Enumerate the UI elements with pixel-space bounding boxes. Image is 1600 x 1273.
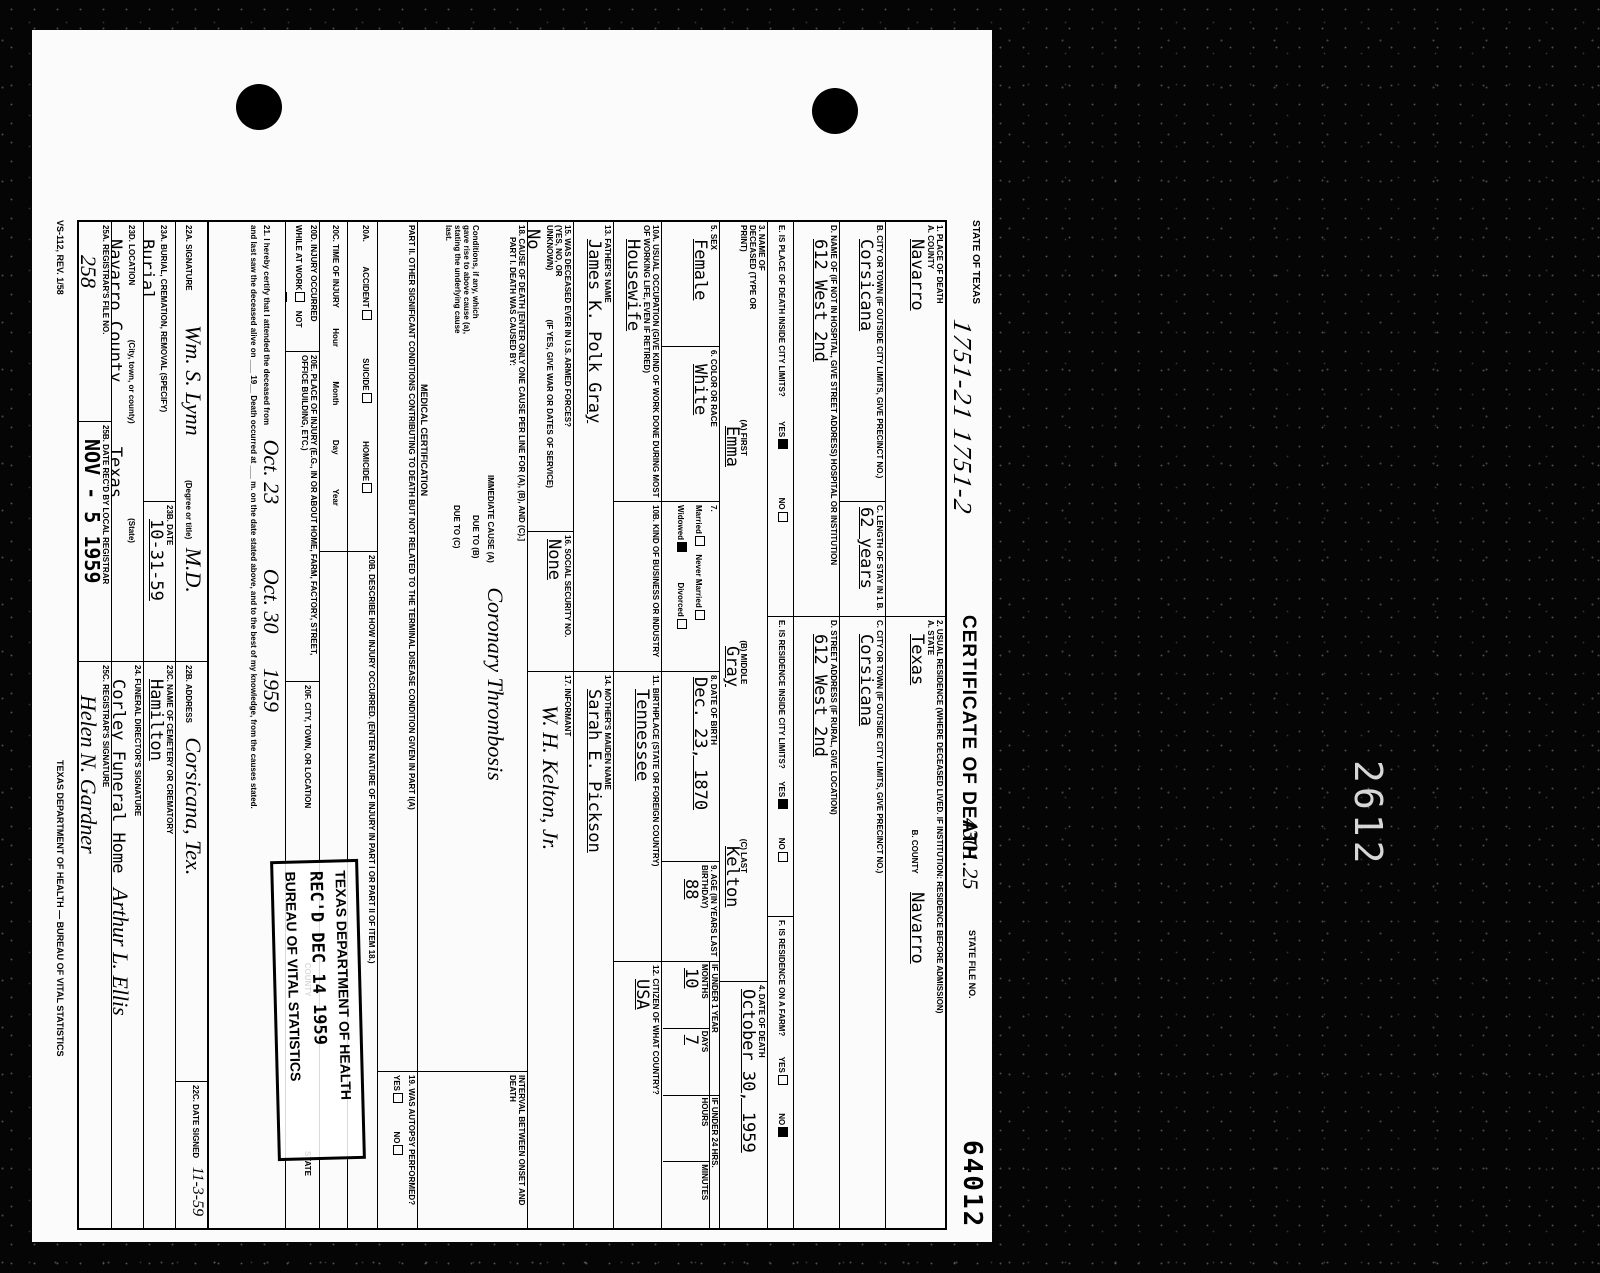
days-value: 7 [682,1035,700,1093]
burial-value: Burial [144,239,156,498]
sex-cell: 5. SEX Female [662,222,719,347]
row-part2: PART II. OTHER SIGNIFICANT CONDITIONS CO… [377,222,417,1228]
date-signed-cell: 22c. DATE SIGNED 11-3-59 [176,1082,207,1228]
street-value: 612 West 2nd [811,634,829,1225]
row-physician-signature: 22a. SIGNATURE Wm. S. Lynn (Degree or ti… [175,222,207,1228]
citizen-cell: 12. CITIZEN OF WHAT COUNTRY? USA [614,962,661,1228]
residence-state-county: 2. USUAL RESIDENCE (Where deceased lived… [886,617,945,1228]
mother-cell: 14. MOTHER'S MAIDEN NAME Sarah E. Pickso… [574,672,613,1228]
row-armed-forces: 15. WAS DECEASED EVER IN U.S. ARMED FORC… [527,222,573,1228]
row-parents: 13. FATHER'S NAME James K. Polk Gray 14.… [573,222,613,1228]
residence-city-value: Corsicana [857,634,875,1225]
business-cell: 10b. KIND OF BUSINESS OR INDUSTRY [614,502,661,672]
father-value: James K. Polk Gray [585,239,603,668]
not-at-work-checkbox[interactable] [286,292,287,302]
age-value: 88 [682,879,700,958]
accident-checkbox[interactable] [362,310,372,320]
registrar-file-cell: 25a. REGISTRAR'S FILE NO. 258 [79,222,111,422]
injury-type-cell: 20a. ACCIDENT SUICIDE HOMICIDE [348,222,377,552]
row-location: 23d. LOCATION (City, town, or county) (S… [111,222,143,1228]
department-line: TEXAS DEPARTMENT OF HEALTH — BUREAU OF V… [55,760,65,1057]
handwritten-code: 4301.25 [957,818,983,890]
date-received-cell: 25b. DATE REC'D BY LOCAL REGISTRAR NOV -… [79,422,111,662]
degree-value: M.D. [181,548,206,593]
autopsy-yes-checkbox[interactable] [393,1093,403,1103]
race-cell: 6. COLOR OR RACE White [662,347,719,502]
injury-time-cell: 20c. TIME OF INJURY Hour Month Day Year [320,222,347,552]
injury-occurred-cell: 20d. INJURY OCCURRED WHILE AT WORK NOT W… [286,222,319,352]
autopsy-no-checkbox[interactable] [393,1145,403,1155]
first-name-value: Emma [723,426,741,467]
date-received-value: NOV - 5 1959 [83,439,101,658]
part2-cell: PART II. OTHER SIGNIFICANT CONDITIONS CO… [378,222,417,1072]
interval-cell: INTERVAL BETWEEN ONSET AND DEATH [418,1072,527,1228]
institution-cell: d. NAME OF (If not in hospital, give str… [794,222,839,617]
immediate-cause-value: Coronary Thrombosis [482,587,508,780]
attended-from-value: Oct. 23 [259,440,284,505]
location-value: Navarro County [112,239,125,382]
row-registrar: 25a. REGISTRAR'S FILE NO. 258 25b. DATE … [79,222,111,1228]
physician-address: Corsicana, Tex. [181,737,206,875]
suicide-checkbox[interactable] [362,393,372,403]
months-value: 10 [682,968,700,1026]
funeral-director-cell: 24. FUNERAL DIRECTOR'S SIGNATURE Corley … [112,662,143,1228]
homicide-checkbox[interactable] [362,483,372,493]
father-cell: 13. FATHER'S NAME James K. Polk Gray [574,222,613,672]
middle-name-value: Gray [723,646,741,687]
residence-county-value: Navarro [908,892,926,964]
burial-cell: 23a. BURIAL, CREMATION, REMOVAL (Specify… [144,222,175,502]
occupation-value: Housewife [624,239,642,498]
length-of-stay-cell: c. LENGTH OF STAY in 1 b. 62 years [840,502,885,617]
while-at-work-checkbox[interactable] [295,292,305,302]
attended-to-value: Oct. 30 [259,569,284,634]
medical-certification-heading: MEDICAL CERTIFICATION [419,380,429,500]
death-city-value: Corsicana [857,239,875,498]
attended-year-value: 1959 [259,668,284,712]
row-name: 3. NAME OF DECEASED (Type or print) (a) … [719,222,767,1228]
punch-hole-right [812,88,858,134]
informant-cell: 17. INFORMANT W. H. Kelton, Jr. [528,672,573,1228]
death-inside-no-checkbox[interactable] [778,512,788,522]
residence-state-value: Texas [908,634,926,685]
last-name-value: Kelton [723,846,741,907]
state-file-no-label: STATE FILE NO. [967,930,977,999]
death-date-cell: 4. DATE OF DEATH October 30, 1959 [720,982,767,1228]
state-label: STATE OF TEXAS [970,220,981,304]
sex-value: Female [691,239,709,343]
cemetery-cell: 23c. NAME OF CEMETERY OR CREMATORY Hamil… [144,662,175,1228]
place-of-death-county: 1. PLACE OF DEATH a. COUNTY Navarro [886,222,945,617]
age-cell: 9. AGE (In years last birthday) 88 [662,862,719,962]
registrar-signature-cell: 25c. REGISTRAR'S SIGNATURE Helen N. Gard… [79,662,111,1228]
certificate-page: STATE OF TEXAS 1751-21 1751-2 CERTIFICAT… [32,30,992,1242]
autopsy-cell: 19. WAS AUTOPSY PERFORMED? YES NO [378,1072,417,1228]
funeral-director-signature: Arthur L. Ellis [112,888,133,1016]
certification-cell: 21. I hereby certify that I attended the… [205,222,285,1228]
race-value: White [691,364,709,498]
length-of-stay-value: 62 years [857,507,875,613]
punch-hole-left [236,84,282,130]
marital-cell: 7. Married Never Married Widowed Divorce… [662,502,719,672]
death-inside-limits-cell: e. IS PLACE OF DEATH INSIDE CITY LIMITS?… [768,222,793,617]
rotated-form-container: STATE OF TEXAS 1751-21 1751-2 CERTIFICAT… [77,220,977,1230]
institution-value: 612 West 2nd [811,239,829,613]
address-cell: 22b. ADDRESS Corsicana, Tex. [176,662,207,1082]
armed-forces-value: No [528,229,542,528]
birthplace-cell: 11. BIRTHPLACE (State or foreign country… [614,672,661,962]
row-occupation: 10a. USUAL OCCUPATION (Give kind of work… [613,222,661,1228]
cause-of-death-cell: 18. CAUSE OF DEATH [Enter only one cause… [418,222,527,1072]
deceased-name-cell: 3. NAME OF DECEASED (Type or print) (a) … [720,222,767,982]
birth-date-value: Dec. 23, 1870 [691,677,709,858]
birthplace-value: Tennessee [633,689,651,958]
injury-place-cell: 20e. PLACE OF INJURY (e.g., in or about … [286,352,319,682]
certificate-header: STATE OF TEXAS 1751-21 1751-2 CERTIFICAT… [951,220,981,1230]
birth-date-cell: 8. DATE OF BIRTH Dec. 23, 1870 [662,672,719,862]
armed-forces-cell: 15. WAS DECEASED EVER IN U.S. ARMED FORC… [528,222,573,532]
row-burial: 23a. BURIAL, CREMATION, REMOVAL (Specify… [143,222,175,1228]
location-state-value: Texas [112,447,125,498]
informant-signature: W. H. Kelton, Jr. [537,705,563,1225]
death-inside-yes-checkbox[interactable] [778,439,788,449]
burial-date-value: 10-31-59 [147,519,165,658]
row-place-residence-1: 1. PLACE OF DEATH a. COUNTY Navarro 2. U… [885,222,945,1228]
death-city-cell: b. CITY OR TOWN (If outside city limits,… [840,222,885,502]
residence-inside-yes-checkbox[interactable] [778,799,788,809]
row-vitals: 5. SEX Female 6. COLOR OR RACE White 7. … [661,222,719,1228]
state-file-no: 64012 [957,1140,987,1228]
signature-disposition-block: 22a. SIGNATURE Wm. S. Lynn (Degree or ti… [77,220,207,1230]
row-cause-of-death: 18. CAUSE OF DEATH [Enter only one cause… [417,222,527,1228]
farm-yes-checkbox[interactable] [778,1075,788,1085]
physician-signature: Wm. S. Lynn [181,325,206,436]
widowed-checkbox[interactable] [677,542,687,552]
residence-inside-no-checkbox[interactable] [778,852,788,862]
funeral-home-value: Corley Funeral Home [112,679,128,873]
occupation-cell: 10a. USUAL OCCUPATION (Give kind of work… [614,222,661,502]
under-year-cell: IF UNDER 1 YEAR IF UNDER 24 HRS. Months1… [662,962,719,1228]
death-county-value: Navarro [908,239,926,613]
received-stamp: TEXAS DEPARTMENT OF HEALTH REC'D DEC 14 … [270,859,366,1161]
bleed-through-number: 2612 [1330,760,1390,920]
signature-cell: 22a. SIGNATURE Wm. S. Lynn (Degree or ti… [176,222,207,662]
residence-city-cell: c. CITY OR TOWN (If outside city limits,… [840,617,885,1228]
death-certificate-form: STATE OF TEXAS 1751-21 1751-2 CERTIFICAT… [77,220,977,1230]
farm-no-checkbox[interactable] [778,1127,788,1137]
date-signed-value: 11-3-59 [189,1167,206,1216]
mother-value: Sarah E. Pickson [585,689,603,1225]
row-city: b. CITY OR TOWN (If outside city limits,… [839,222,885,1228]
divorced-checkbox[interactable] [677,619,687,629]
location-cell: 23d. LOCATION (City, town, or county) (S… [112,222,143,662]
ssn-value: None [545,539,563,668]
ssn-cell: 16. SOCIAL SECURITY NO. None [528,532,573,672]
registrar-signature: Helen N. Gardner [79,695,101,1225]
registrar-file-no: 258 [79,255,101,418]
married-checkbox[interactable] [695,536,705,546]
cemetery-value: Hamilton [147,679,165,1225]
residence-inside-limits-cell: e. IS RESIDENCE INSIDE CITY LIMITS? YES … [768,617,793,917]
handwritten-file-ref: 1751-21 1751-2 [947,317,977,517]
burial-date-cell: 23b. DATE 10-31-59 [144,502,175,662]
row-certification: 21. I hereby certify that I attended the… [205,222,285,1228]
form-id: VS-112, REV. 1/58 [55,220,65,295]
death-date-value: October 30, 1959 [739,989,757,1225]
farm-cell: f. IS RESIDENCE ON A FARM? YES NO [768,917,793,1228]
row-city-limits: e. IS PLACE OF DEATH INSIDE CITY LIMITS?… [767,222,793,1228]
street-cell: d. STREET ADDRESS (If rural, give locati… [794,617,839,1228]
citizen-value: USA [633,979,651,1225]
row-address: d. NAME OF (If not in hospital, give str… [793,222,839,1228]
never-married-checkbox[interactable] [695,610,705,620]
